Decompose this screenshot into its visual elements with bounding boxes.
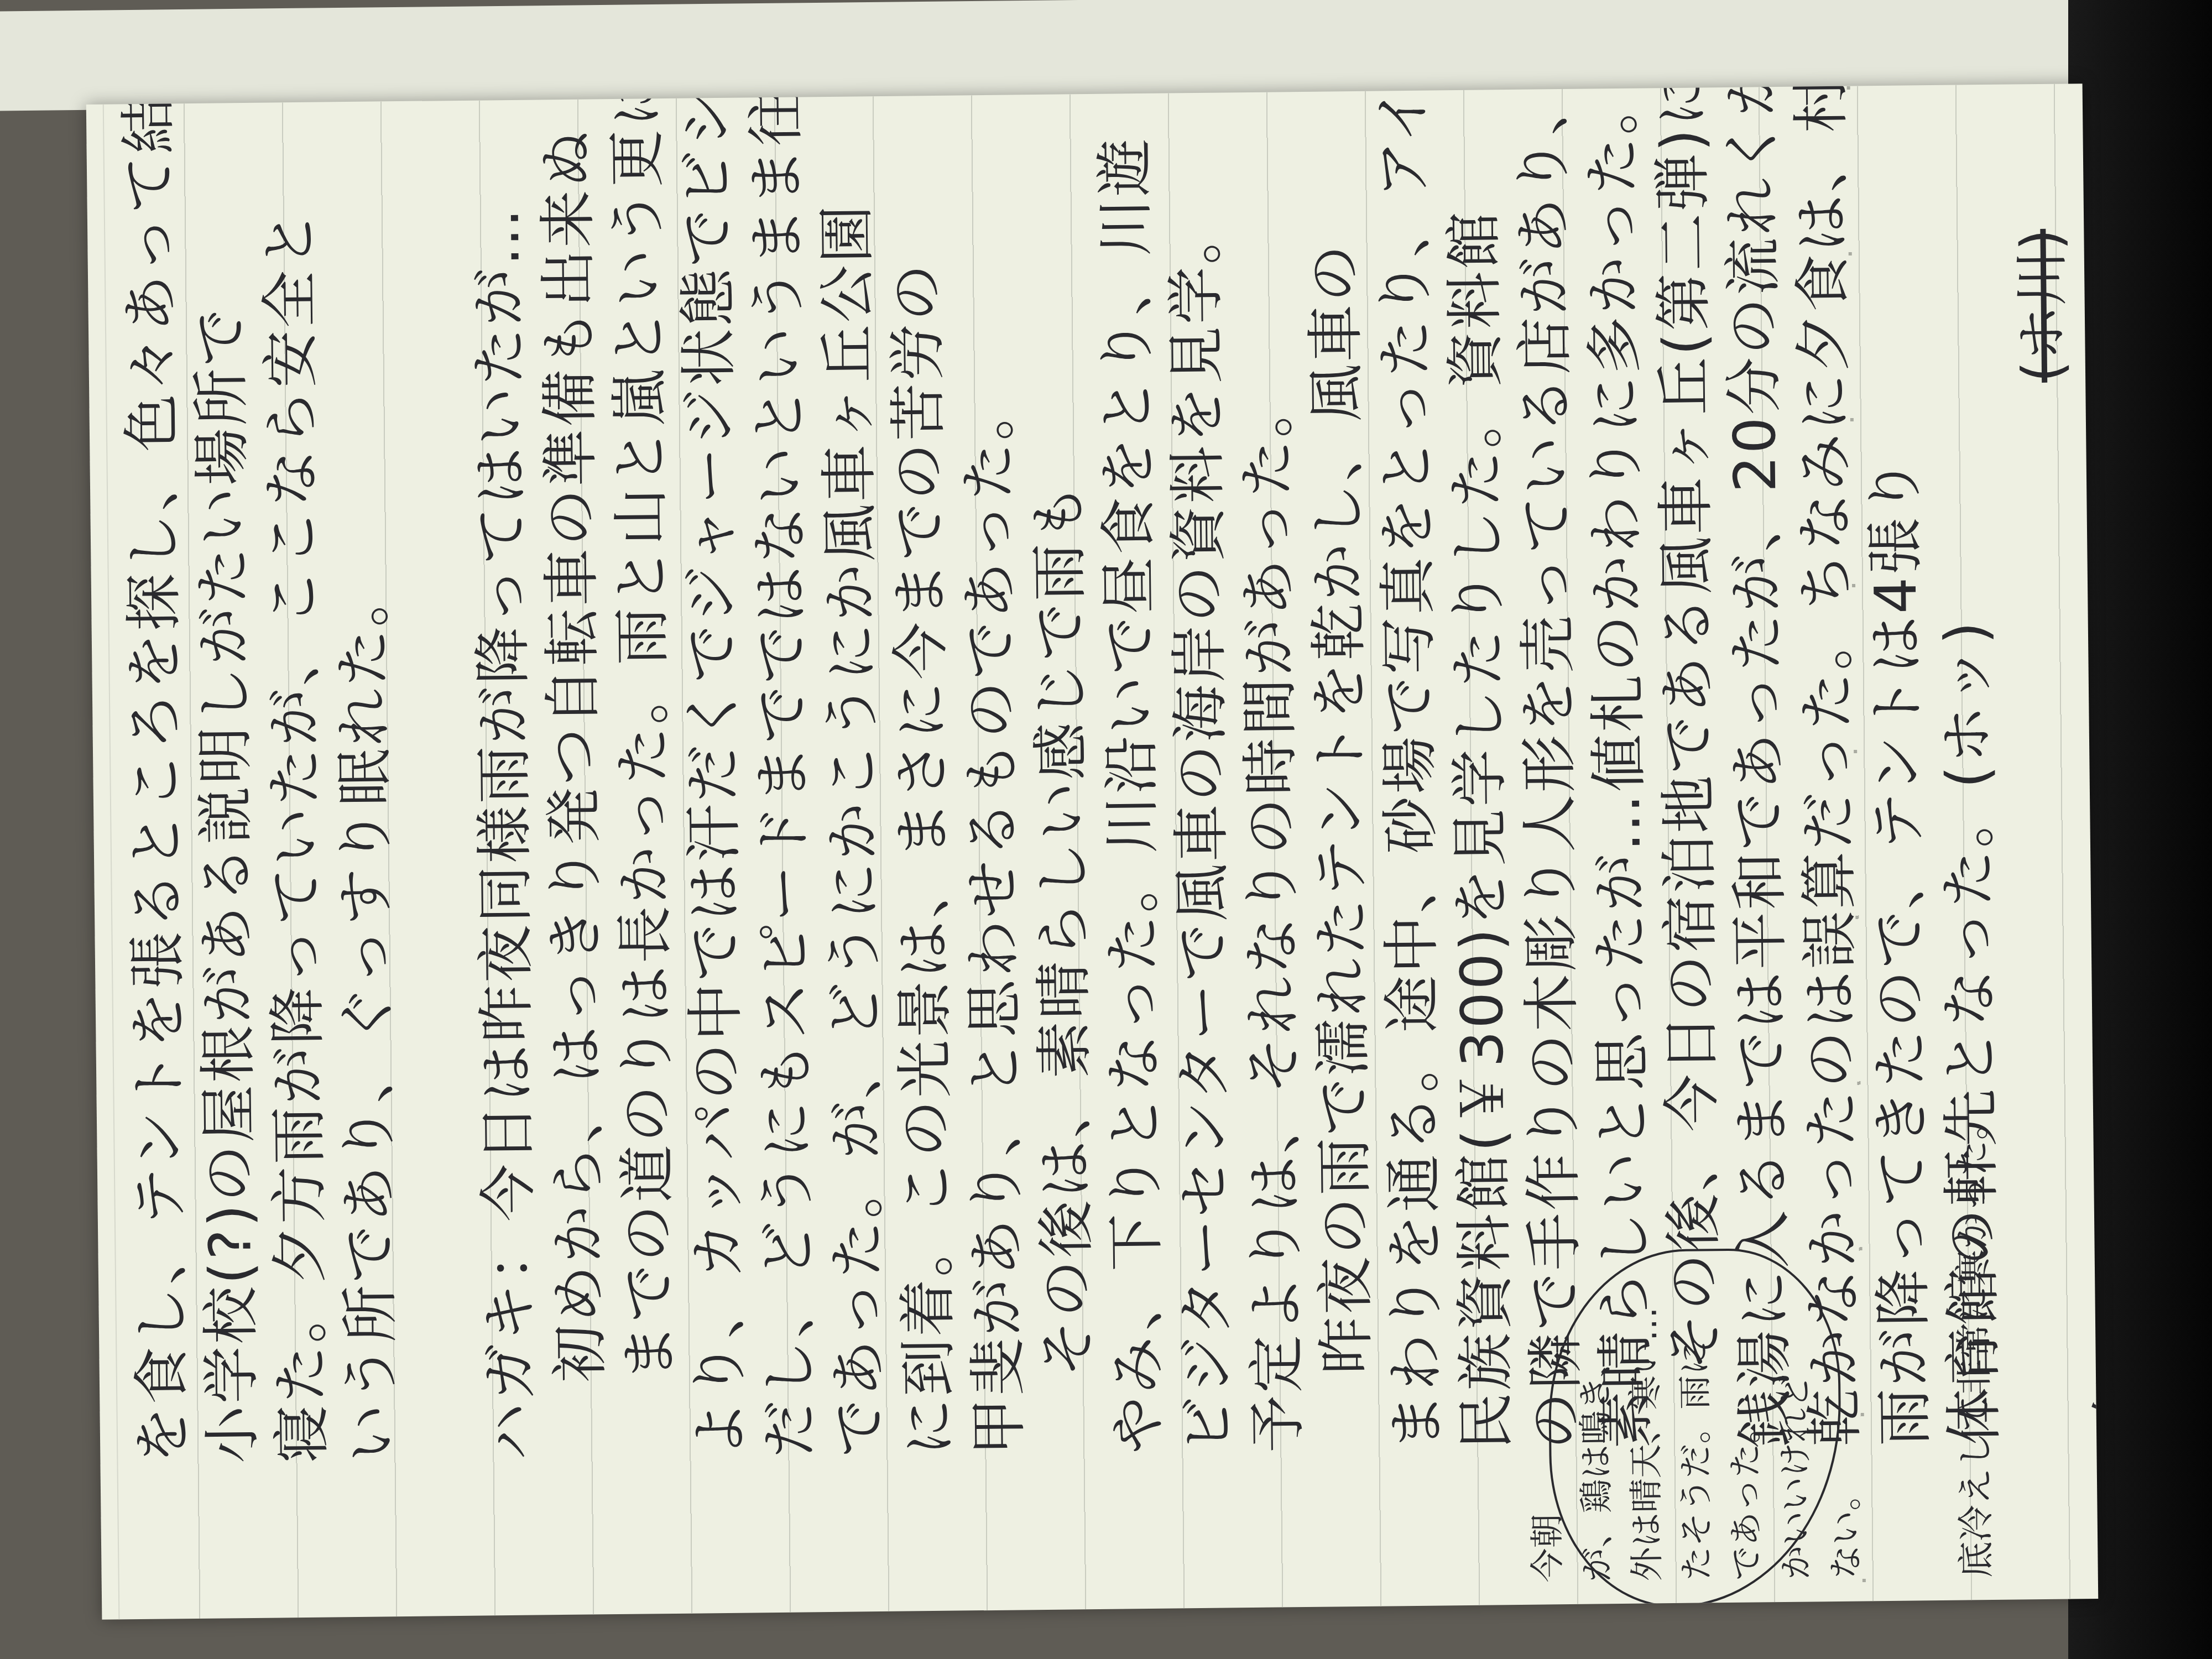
handwritten-line: ハガキ：今日は昨夜同様雨が降ってはいたが… bbox=[463, 206, 546, 1461]
handwritten-line: ビジターセンターで風車の海岸の資料を見学。 bbox=[1160, 205, 1243, 1454]
date-note: 2011年 bbox=[2078, 1375, 2098, 1533]
handwritten-line: であった。が、どうにかこうにか風車ヶ丘公園 bbox=[812, 203, 895, 1457]
handwritten-line: を食し、テントを張るところを探し、色々あって結局、 bbox=[112, 84, 197, 1464]
handwritten-line: 雨が降ってきたので、テントは4張り bbox=[1860, 455, 1940, 1446]
margin-note-outer: 底冷えして非常に寒かった。 bbox=[1947, 1103, 2002, 1578]
handwritten-line: やみ、下りとなった。川沿いで昼食をとり、川遊 bbox=[1089, 136, 1173, 1454]
handwritten-line: 民族資料館(￥300)を見学したりした。資料館 bbox=[1439, 209, 1521, 1451]
handwritten-line: 予定よりは、それなりの時間があった。 bbox=[1232, 378, 1312, 1453]
handwritten-line: 甲斐があり、と思わせるものであった。 bbox=[953, 380, 1034, 1455]
handwritten-line bbox=[406, 1461, 476, 1462]
margin-note-line: ない。 bbox=[1820, 1476, 1871, 1579]
handwritten-line: 初めから、はっきり発つ自転車の準備も出来ぬ bbox=[532, 128, 615, 1383]
handwritten-line: に到着。この光景は、まさに今までの苦労の bbox=[882, 262, 964, 1457]
handwritten-line: までの道のりは長かった。雨と山と嵐という更に bbox=[601, 84, 685, 1382]
handwritten-line: 寝た。夕方雨が降っていたが、ここなら安全と bbox=[254, 208, 337, 1463]
handwritten-line: 小学校(?)の屋根がある説明しがたい場所で bbox=[186, 306, 268, 1464]
handwritten-line: いう所であり、ぐっすり眠れた。 bbox=[328, 567, 407, 1462]
notebook-page: を食し、テントを張るところを探し、色々あって結局、小学校(?)の屋根がある説明し… bbox=[86, 84, 2098, 1620]
signature: (ホ川) bbox=[1996, 228, 2078, 383]
handwritten-line: 昨夜の雨で濡れたテントを乾かし、風車の bbox=[1300, 242, 1381, 1375]
handwritten-line: その後は、素晴らしい感じで雨も bbox=[1024, 481, 1103, 1378]
